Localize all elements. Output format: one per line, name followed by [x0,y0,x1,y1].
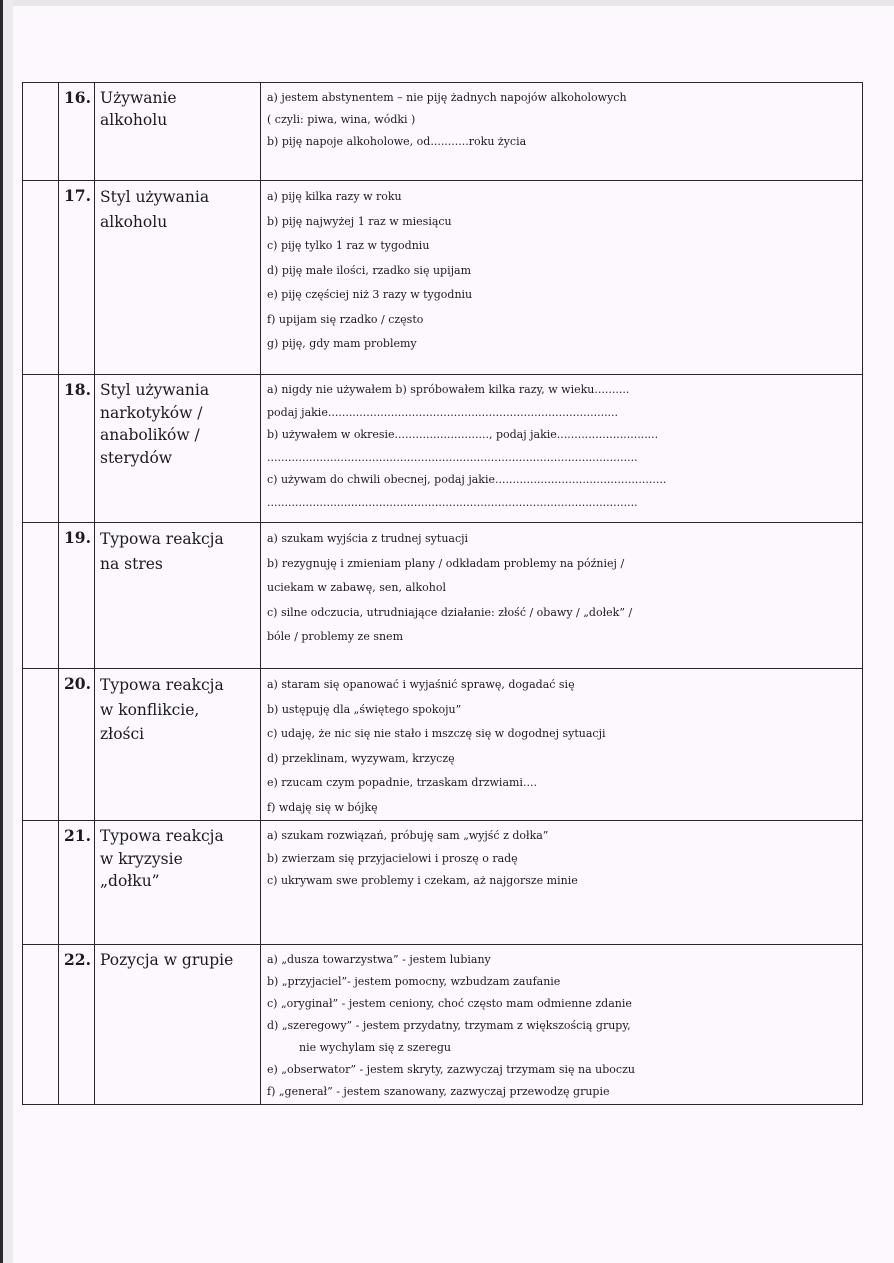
answer-option[interactable]: f) wdaję się w bójkę [267,796,856,821]
answer-option[interactable]: b) zwierzam się przyjacielowi i proszę o… [267,848,856,871]
blank-cell [23,945,59,1105]
answer-option[interactable]: a) szukam wyjścia z trudnej sytuacji [267,527,856,552]
category-line: anabolików / [100,424,256,447]
blank-cell [23,83,59,181]
answer-option[interactable]: a) jestem abstynentem – nie piję żadnych… [267,87,856,109]
question-number: 16. [59,83,95,181]
category-line: na stres [100,552,256,577]
answer-option[interactable]: b) piję najwyżej 1 raz w miesiącu [267,210,856,235]
category-line: Typowa reakcja [100,673,256,698]
question-category: Typowa reakcjana stres [95,523,261,669]
category-line: Pozycja w grupie [100,949,256,971]
question-category: Styl używanianarkotyków /anabolików /ste… [95,375,261,523]
answer-options: a) „dusza towarzystwa” - jestem lubianyb… [261,945,863,1105]
question-category: Używaniealkoholu [95,83,261,181]
answer-option[interactable]: c) silne odczucia, utrudniające działani… [267,601,856,626]
answer-option[interactable]: a) szukam rozwiązań, próbuję sam „wyjść … [267,825,856,848]
table-row: 22.Pozycja w grupiea) „dusza towarzystwa… [23,945,863,1105]
answer-option[interactable]: e) piję częściej niż 3 razy w tygodniu [267,283,856,308]
answer-option[interactable]: podaj jakie.............................… [267,402,856,425]
category-line: Typowa reakcja [100,527,256,552]
answer-option[interactable]: e) rzucam czym popadnie, trzaskam drzwia… [267,771,856,796]
answer-options: a) szukam wyjścia z trudnej sytuacjib) r… [261,523,863,669]
answer-option[interactable]: uciekam w zabawę, sen, alkohol [267,576,856,601]
category-line: alkoholu [100,109,256,131]
category-line: Styl używania [100,185,256,210]
answer-option[interactable]: nie wychylam się z szeregu [267,1037,856,1059]
question-category: Styl używaniaalkoholu [95,181,261,375]
answer-option[interactable]: e) „obserwator” - jestem skryty, zazwycz… [267,1059,856,1081]
answer-option[interactable]: a) staram się opanować i wyjaśnić sprawę… [267,673,856,698]
answer-option[interactable]: d) piję małe ilości, rzadko się upijam [267,259,856,284]
answer-option[interactable]: ( czyli: piwa, wina, wódki ) [267,109,856,131]
blank-cell [23,181,59,375]
blank-cell [23,523,59,669]
category-line: sterydów [100,447,256,470]
answer-options: a) szukam rozwiązań, próbuję sam „wyjść … [261,821,863,945]
category-line: w kryzysie [100,848,256,871]
table-row: 19.Typowa reakcjana stresa) szukam wyjśc… [23,523,863,669]
question-number: 18. [59,375,95,523]
answer-option[interactable]: ........................................… [267,492,856,515]
question-number: 22. [59,945,95,1105]
answer-option[interactable]: f) upijam się rzadko / często [267,308,856,333]
question-category: Typowa reakcjaw konflikcie,złości [95,669,261,821]
answer-option[interactable]: d) przeklinam, wyzywam, krzyczę [267,747,856,772]
answer-option[interactable]: a) „dusza towarzystwa” - jestem lubiany [267,949,856,971]
table-row: 16.Używaniealkoholua) jestem abstynentem… [23,83,863,181]
answer-option[interactable]: bóle / problemy ze snem [267,625,856,650]
answer-option[interactable]: a) piję kilka razy w roku [267,185,856,210]
table-row: 21.Typowa reakcjaw kryzysie„dołku”a) szu… [23,821,863,945]
answer-option[interactable]: b) „przyjaciel”- jestem pomocny, wzbudza… [267,971,856,993]
answer-option[interactable]: d) „szeregowy” - jestem przydatny, trzym… [267,1015,856,1037]
questionnaire-table: 16.Używaniealkoholua) jestem abstynentem… [22,82,863,1105]
category-line: Typowa reakcja [100,825,256,848]
answer-option[interactable]: ........................................… [267,447,856,470]
category-line: „dołku” [100,870,256,893]
question-number: 19. [59,523,95,669]
answer-options: a) nigdy nie używałem b) spróbowałem kil… [261,375,863,523]
answer-options: a) staram się opanować i wyjaśnić sprawę… [261,669,863,821]
answer-option[interactable]: g) piję, gdy mam problemy [267,332,856,357]
category-line: alkoholu [100,210,256,235]
answer-option[interactable]: b) ustępuję dla „świętego spokoju” [267,698,856,723]
answer-option[interactable]: b) używałem w okresie...................… [267,424,856,447]
table-row: 17.Styl używaniaalkoholua) piję kilka ra… [23,181,863,375]
answer-option[interactable]: c) używam do chwili obecnej, podaj jakie… [267,469,856,492]
answer-option[interactable]: c) ukrywam swe problemy i czekam, aż naj… [267,870,856,893]
answer-option[interactable]: b) rezygnuję i zmieniam plany / odkładam… [267,552,856,577]
category-line: w konflikcie, [100,698,256,723]
answer-option[interactable]: b) piję napoje alkoholowe, od...........… [267,131,856,153]
question-category: Typowa reakcjaw kryzysie„dołku” [95,821,261,945]
category-line: Używanie [100,87,256,109]
question-number: 17. [59,181,95,375]
blank-cell [23,375,59,523]
answer-option[interactable]: c) „oryginał” - jestem ceniony, choć czę… [267,993,856,1015]
category-line: Styl używania [100,379,256,402]
question-category: Pozycja w grupie [95,945,261,1105]
scan-margin-left [3,0,13,1263]
question-number: 20. [59,669,95,821]
category-line: złości [100,722,256,747]
blank-cell [23,821,59,945]
category-line: narkotyków / [100,402,256,425]
question-number: 21. [59,821,95,945]
answer-option[interactable]: a) nigdy nie używałem b) spróbowałem kil… [267,379,856,402]
answer-option[interactable]: f) „generał” - jestem szanowany, zazwycz… [267,1081,856,1103]
table-row: 20.Typowa reakcjaw konflikcie,złościa) s… [23,669,863,821]
answer-option[interactable]: c) udaję, że nic się nie stało i mszczę … [267,722,856,747]
answer-options: a) piję kilka razy w rokub) piję najwyże… [261,181,863,375]
blank-cell [23,669,59,821]
answer-option[interactable]: c) piję tylko 1 raz w tygodniu [267,234,856,259]
answer-options: a) jestem abstynentem – nie piję żadnych… [261,83,863,181]
table-row: 18.Styl używanianarkotyków /anabolików /… [23,375,863,523]
